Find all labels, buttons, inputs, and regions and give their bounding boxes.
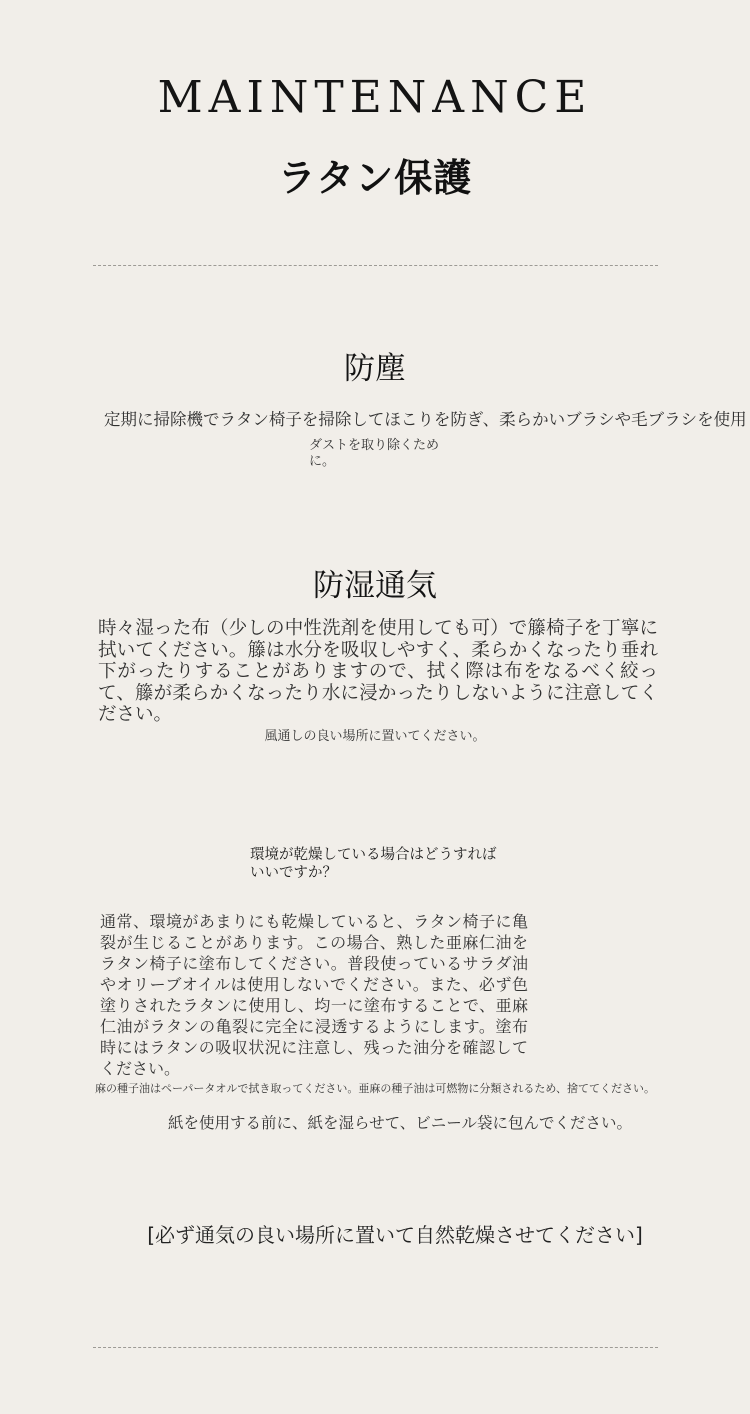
humidity-body-text: 時々湿った布（少しの中性洗剤を使用しても可）で籐椅子を丁寧に拭いてください。籐は… xyxy=(98,618,658,726)
humidity-note-text: 風通しの良い場所に置いてください。 xyxy=(0,728,750,746)
humidity-heading: 防湿通気 xyxy=(0,566,750,606)
page-title: ラタン保護 xyxy=(0,150,750,206)
brand-title: MAINTENANCE xyxy=(0,72,750,124)
bottom-divider xyxy=(93,1347,658,1348)
dry-note-paper: 紙を使用する前に、紙を湿らせて、ビニール袋に包んでください。 xyxy=(0,1113,750,1133)
dust-heading: 防塵 xyxy=(0,349,750,389)
dry-body-text: 通常、環境があまりにも乾燥していると、ラタン椅子に亀裂が生じることがあります。こ… xyxy=(100,911,528,1079)
dry-note-disposal: 麻の種子油はペーパータオルで拭き取ってください。亜麻の種子油は可燃物に分類される… xyxy=(0,1081,750,1097)
dust-note-text: ダストを取り除くために。 xyxy=(309,438,449,470)
dust-body-text: 定期に掃除機でラタン椅子を掃除してほこりを防ぎ、柔らかいブラシや毛ブラシを使用し… xyxy=(104,409,750,431)
dry-question-heading: 環境が乾燥している場合はどうすればいいですか？ xyxy=(250,846,500,882)
closing-notice: [必ず通気の良い場所に置いて自然乾燥させてください] xyxy=(0,1221,750,1249)
top-divider xyxy=(93,265,658,266)
